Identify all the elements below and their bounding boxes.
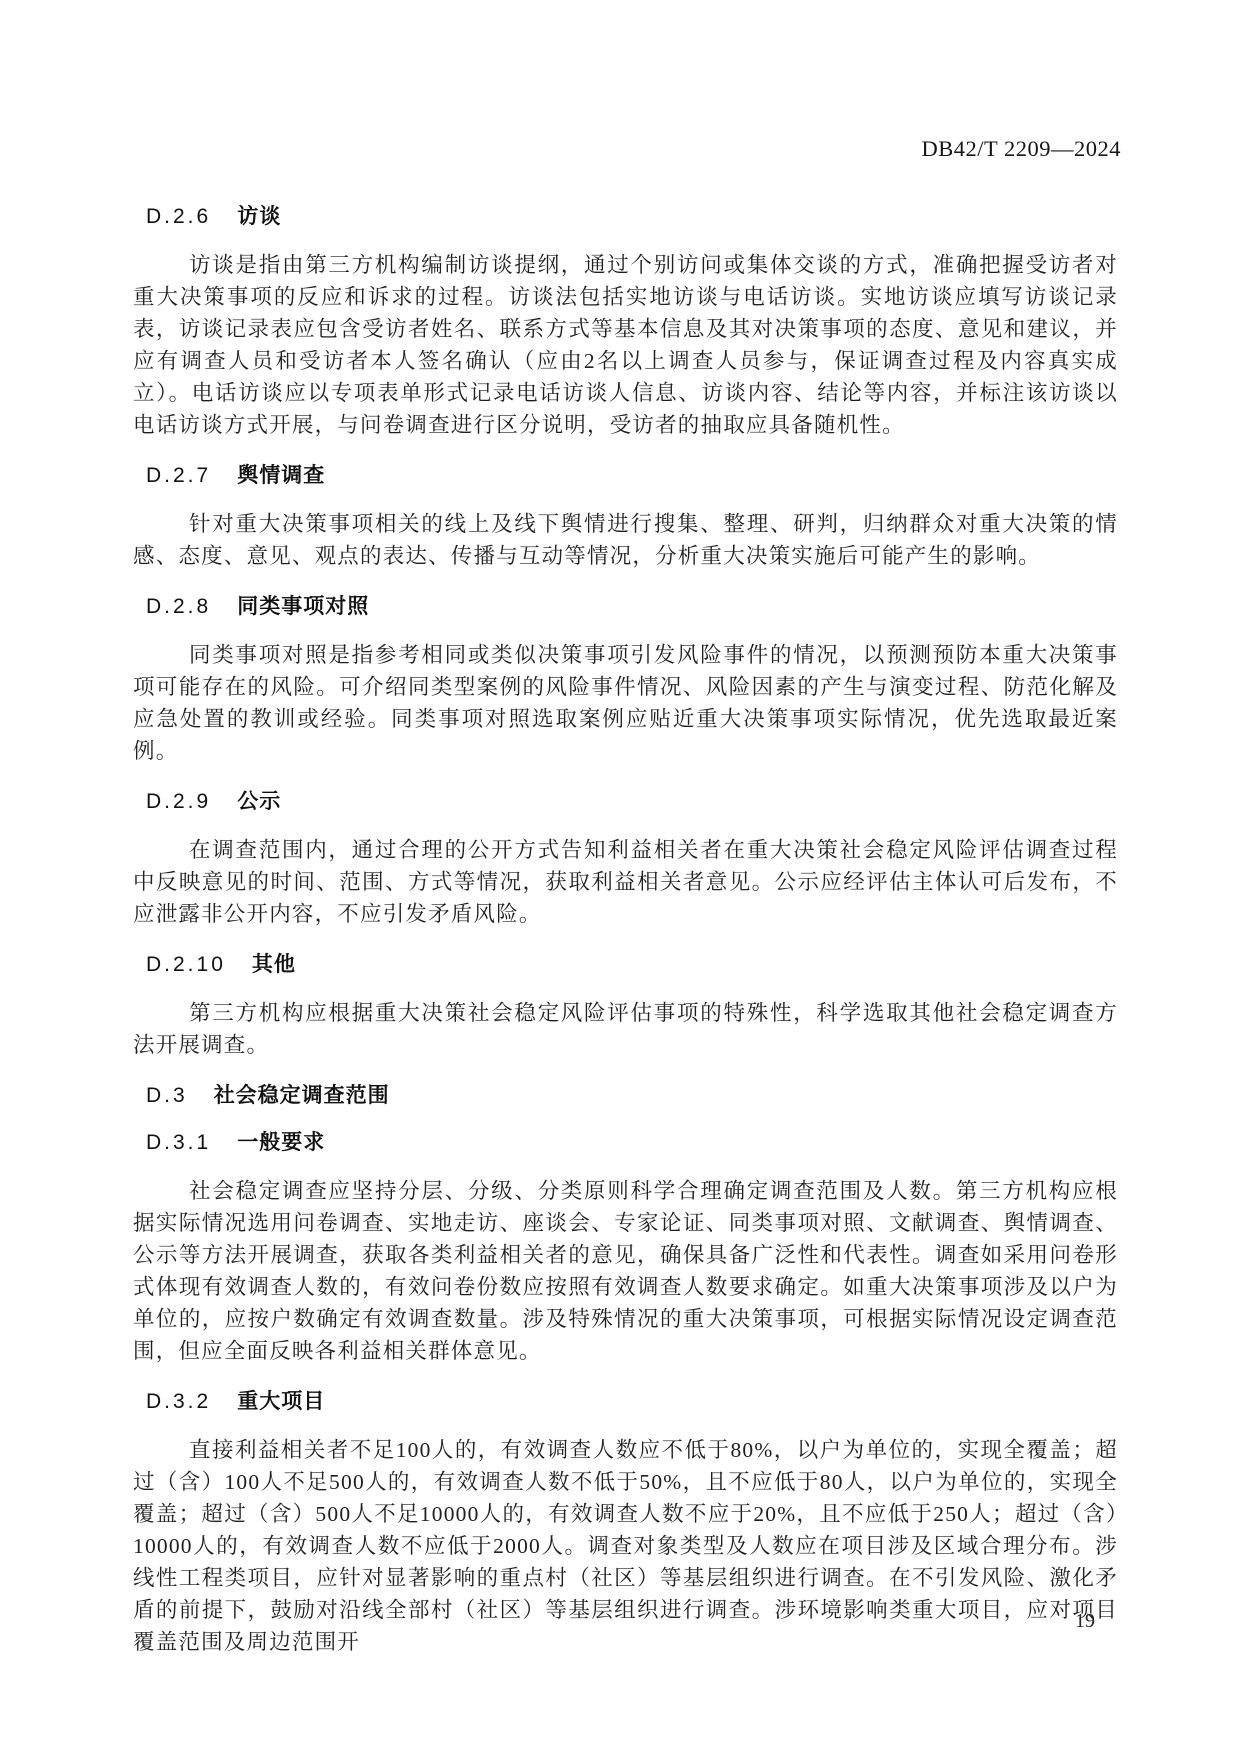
page-number: 19 xyxy=(1075,1610,1095,1633)
body-paragraph: 访谈是指由第三方机构编制访谈提纲，通过个别访问或集体交谈的方式，准确把握受访者对… xyxy=(133,249,1118,441)
standard-code: DB42/T 2209—2024 xyxy=(922,136,1121,161)
clause-heading-d28: D.2.8同类事项对照 xyxy=(133,594,1118,619)
clause-title: 一般要求 xyxy=(237,1131,325,1154)
document-page: DB42/T 2209—2024 D.2.6访谈 访谈是指由第三方机构编制访谈提… xyxy=(0,0,1241,1754)
clause-number: D.3.2 xyxy=(146,1390,211,1413)
clause-title: 公示 xyxy=(237,790,281,813)
clause-title: 访谈 xyxy=(237,205,281,228)
clause-heading-d31: D.3.1一般要求 xyxy=(133,1130,1118,1155)
clause-number: D.2.6 xyxy=(146,205,211,228)
clause-heading-d3: D.3社会稳定调查范围 xyxy=(133,1083,1118,1108)
document-body: D.2.6访谈 访谈是指由第三方机构编制访谈提纲，通过个别访问或集体交谈的方式，… xyxy=(133,204,1118,1658)
clause-number: D.3.1 xyxy=(146,1131,211,1154)
clause-number: D.2.8 xyxy=(146,595,211,618)
clause-heading-d210: D.2.10其他 xyxy=(133,952,1118,977)
clause-heading-d26: D.2.6访谈 xyxy=(133,204,1118,229)
clause-title: 同类事项对照 xyxy=(237,595,369,618)
page-footer: 19 xyxy=(133,1610,1121,1633)
body-paragraph: 第三方机构应根据重大决策社会稳定风险评估事项的特殊性，科学选取其他社会稳定调查方… xyxy=(133,997,1118,1061)
clause-title: 重大项目 xyxy=(237,1390,325,1413)
clause-number: D.3 xyxy=(146,1084,188,1107)
clause-number: D.2.7 xyxy=(146,464,211,487)
body-paragraph: 在调查范围内，通过合理的公开方式告知利益相关者在重大决策社会稳定风险评估调查过程… xyxy=(133,834,1118,930)
clause-number: D.2.10 xyxy=(146,953,226,976)
clause-title: 舆情调查 xyxy=(237,464,325,487)
page-header: DB42/T 2209—2024 xyxy=(133,136,1121,162)
clause-number: D.2.9 xyxy=(146,790,211,813)
clause-title: 社会稳定调查范围 xyxy=(214,1084,390,1107)
clause-heading-d29: D.2.9公示 xyxy=(133,789,1118,814)
clause-title: 其他 xyxy=(252,953,296,976)
body-paragraph: 同类事项对照是指参考相同或类似决策事项引发风险事件的情况，以预测预防本重大决策事… xyxy=(133,639,1118,767)
body-paragraph: 社会稳定调查应坚持分层、分级、分类原则科学合理确定调查范围及人数。第三方机构应根… xyxy=(133,1175,1118,1367)
clause-heading-d27: D.2.7舆情调查 xyxy=(133,463,1118,488)
clause-heading-d32: D.3.2重大项目 xyxy=(133,1389,1118,1414)
body-paragraph: 针对重大决策事项相关的线上及线下舆情进行搜集、整理、研判，归纳群众对重大决策的情… xyxy=(133,508,1118,572)
